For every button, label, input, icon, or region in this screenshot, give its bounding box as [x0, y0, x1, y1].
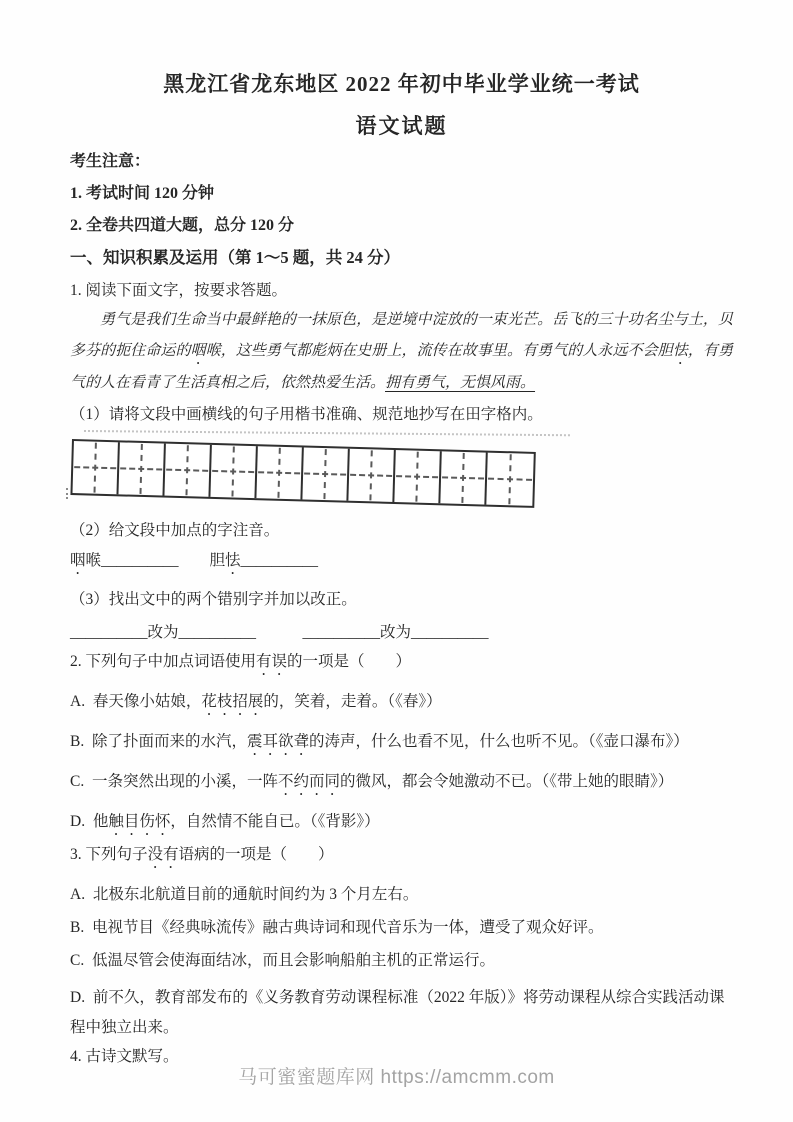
text-segment: C. 低温尽管会使海面结冰，而且会影响船舶主机的正常运行。 — [70, 952, 495, 969]
question2-option-b: B. 除了扑面而来的水汽，震耳欲聋的涛声，什么也看不见，什么也听不见。（《壶口瀑… — [70, 731, 733, 759]
text-segment: 的涛声，什么也看不见，什么也听不见。（《壶口瀑布》） — [309, 733, 689, 750]
text-segment: 喉__________ 胆 — [86, 552, 226, 569]
text-segment: 喉，这些勇气都彪炳在史册上，流传在故事里。有勇气的人永远不会胆 — [206, 343, 673, 359]
notice-item-score: 2. 全卷共四道大题，总分 120 分 — [70, 215, 733, 236]
watermark-footer: 马可蜜蜜题库网 https://amcmm.com — [0, 1062, 793, 1089]
tianzige-cell — [348, 449, 395, 502]
question1-sub1: （1）请将文段中画横线的句子用楷书准确、规范地抄写在田字格内。 — [70, 405, 733, 425]
notice-heading: 考生注意： — [70, 151, 733, 172]
tianzige-cell — [256, 446, 303, 499]
question2-stem: 2. 下列句子中加点词语使用有误的一项是（ ） — [70, 652, 733, 679]
emphasized-text: 没有 — [148, 846, 179, 863]
exam-title: 黑龙江省龙东地区 2022 年初中毕业学业统一考试 — [70, 0, 733, 97]
emphasized-text: 触目伤怀 — [108, 813, 170, 830]
text-segment: 2. 下列句子中加点词语使用 — [70, 653, 256, 670]
question2-option-a: A. 春天像小姑娘，花枝招展的，笑着，走着。（《春》） — [70, 691, 733, 719]
question1-sub2: （2）给文段中加点的字注音。 — [70, 521, 733, 541]
question2-option-c: C. 一条突然出现的小溪，一阵不约而同的微风，都会令她激动不已。（《带上她的眼睛… — [70, 771, 733, 799]
question3-option-c: C. 低温尽管会使海面结冰，而且会影响船舶主机的正常运行。 — [70, 950, 733, 971]
text-segment: B. 电视节目《经典咏流传》融古典诗词和现代音乐为一体，遭受了观众好评。 — [70, 919, 603, 936]
text-segment: __________ — [241, 552, 319, 569]
question3-option-a: A. 北极东北航道目前的通航时间约为 3 个月左右。 — [70, 884, 733, 905]
question2-option-d: D. 他触目伤怀，自然情不能自已。（《背影》） — [70, 811, 733, 839]
pinyin-blanks-line: 咽喉__________ 胆怯__________ — [70, 550, 733, 578]
underlined-text: 拥有勇气，无惧风雨。 — [385, 375, 535, 391]
question3-stem: 3. 下列句子没有语病的一项是（ ） — [70, 845, 733, 872]
emphasized-text: 震耳欲聋 — [247, 733, 309, 750]
tianzige-area — [70, 430, 733, 500]
exam-paper-page: 黑龙江省龙东地区 2022 年初中毕业学业统一考试 语文试题 考生注意： 1. … — [0, 0, 793, 1122]
tianzige-cell — [164, 444, 211, 497]
emphasized-text: 花枝招展 — [201, 693, 263, 710]
text-segment: A. 北极东北航道目前的通航时间约为 3 个月左右。 — [70, 886, 418, 903]
tianzige-cell — [72, 441, 119, 494]
emphasized-text: 不约而同 — [278, 773, 340, 790]
notice-item-time: 1. 考试时间 120 分钟 — [70, 183, 733, 204]
question1-stem: 1. 阅读下面文字，按要求答题。 — [70, 281, 733, 301]
emphasized-text: 有误 — [256, 653, 287, 670]
text-segment: ，自然情不能自已。（《背影》） — [170, 813, 379, 830]
correction-blanks-line: __________改为__________ __________改为_____… — [70, 622, 733, 644]
text-segment: D. 他 — [70, 813, 108, 830]
text-segment: 的微风，都会令她激动不已。（《带上她的眼睛》） — [340, 773, 673, 790]
tianzige-cell — [394, 450, 441, 503]
text-segment: B. 除了扑面而来的水汽， — [70, 733, 247, 750]
tianzige-cell — [486, 453, 533, 506]
text-segment: D. 前不久，教育部发布的《义务教育劳动课程标准（2022 年版）》将劳动课程从… — [70, 989, 724, 1036]
question1-sub3: （3）找出文中的两个错别字并加以改正。 — [70, 590, 733, 610]
text-segment: 语病的一项是（ ） — [179, 846, 334, 863]
exam-subject-title: 语文试题 — [70, 114, 733, 139]
text-segment: 的，笑着，走着。（《春》） — [263, 693, 441, 710]
text-segment: A. 春天像小姑娘， — [70, 693, 201, 710]
section1-heading: 一、知识积累及运用（第 1～5 题，共 24 分） — [70, 247, 733, 268]
tianzige-cell — [210, 445, 257, 498]
scan-artifact-dotted-line — [84, 430, 570, 436]
tianzige-cell — [302, 447, 349, 500]
tianzige-grid — [70, 439, 535, 508]
page-content: 黑龙江省龙东地区 2022 年初中毕业学业统一考试 语文试题 考生注意： 1. … — [0, 0, 793, 1067]
question1-passage: 勇气是我们生命当中最鲜艳的一抹原色，是逆境中淀放的一束光芒。岳飞的三十功名尘与土… — [70, 305, 733, 399]
question3-option-d: D. 前不久，教育部发布的《义务教育劳动课程标准（2022 年版）》将劳动课程从… — [70, 983, 733, 1043]
tianzige-cell — [118, 442, 165, 495]
text-segment: 3. 下列句子 — [70, 846, 148, 863]
tianzige-cell — [440, 451, 487, 504]
emphasized-text: 咽 — [191, 343, 206, 359]
emphasized-text: 怯 — [225, 552, 241, 569]
scan-artifact-mark — [66, 488, 68, 499]
question3-option-b: B. 电视节目《经典咏流传》融古典诗词和现代音乐为一体，遭受了观众好评。 — [70, 917, 733, 938]
text-segment: 的一项是（ ） — [287, 653, 411, 670]
text-segment: C. 一条突然出现的小溪，一阵 — [70, 773, 278, 790]
emphasized-text: 咽 — [70, 552, 86, 569]
emphasized-text: 怯 — [673, 343, 688, 359]
